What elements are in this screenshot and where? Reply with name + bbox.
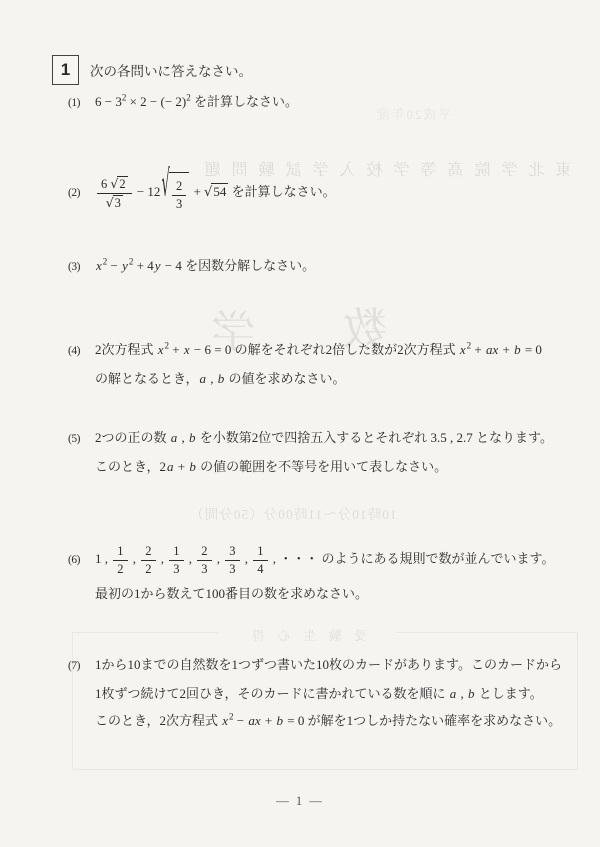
radical-sign-icon: √ [161, 131, 170, 243]
question-text: 1から10までの自然数を1つずつ書いた10枚のカードがあります。このカードから [95, 657, 562, 672]
math-variable: y [121, 258, 129, 273]
question-6: (6)1 , 12 , 22 , 13 , 23 , 33 , 14 , ・・・… [68, 539, 580, 607]
math-text: , [178, 430, 188, 445]
math-text: 2 [201, 544, 207, 558]
math-text: 1 [257, 544, 263, 558]
math-text: 4 [257, 562, 263, 576]
fraction-denominator: 2 [113, 561, 127, 576]
math-text: 1 [117, 544, 123, 558]
math-text: 3 [173, 562, 179, 576]
question-label: (1) [68, 90, 95, 117]
math-text: 1 , [95, 551, 111, 566]
problem-instruction: 次の各問いに答えなさい。 [90, 62, 252, 82]
fraction: 22 [141, 544, 155, 576]
question-label: (5) [68, 426, 95, 453]
question-line: (7)1から10までの自然数を1つずつ書いた10枚のカードがあります。このカード… [68, 651, 580, 680]
radical: √2 [110, 177, 127, 191]
fraction-numerator: 1 [253, 544, 267, 560]
radical-content: 54 [211, 183, 228, 200]
math-text: + 4 [133, 258, 153, 273]
math-text: − [234, 713, 248, 728]
math-text: , [457, 686, 467, 701]
question-line: 1枚ずつ続けて2回ひき，そのカードに書かれている数を順に a , b とします。 [68, 680, 580, 707]
math-text: , [130, 551, 140, 566]
radical-content: 3 [113, 195, 123, 211]
question-line: (6)1 , 12 , 22 , 13 , 23 , 33 , 14 , ・・・… [68, 539, 580, 580]
question-text: 2次方程式 x2 + x − 6 = 0 の解をそれぞれ2倍した数が2次方程式 … [95, 342, 542, 357]
math-text: 2 [145, 562, 151, 576]
math-text: , [242, 551, 252, 566]
question-line: 最初の1から数えて100番目の数を求めなさい。 [68, 580, 580, 607]
question-label: (4) [68, 338, 95, 365]
question-7: (7)1から10までの自然数を1つずつ書いた10枚のカードがあります。このカード… [68, 651, 580, 734]
question-2: (2)6 √2√3 − 12√23 + √54 を計算しなさい。 [68, 172, 580, 214]
question-text: 6 − 32 × 2 − (− 2)2 を計算しなさい。 [95, 94, 298, 109]
problem-number-box: 1 [52, 55, 79, 85]
fraction-numerator: 3 [225, 544, 239, 560]
math-text: とします。 [475, 686, 542, 701]
math-text: + [169, 342, 183, 357]
math-text: の値の範囲を不等号を用いて表しなさい。 [197, 459, 447, 474]
question-4: (4)2次方程式 x2 + x − 6 = 0 の解をそれぞれ2倍した数が2次方… [68, 336, 580, 392]
fraction-numerator: 2 [172, 179, 186, 195]
math-text: = 0 が解を1つしか持たない確率を求めなさい。 [284, 713, 561, 728]
math-text: + [174, 459, 188, 474]
question-label: (2) [68, 173, 95, 213]
math-text: + [499, 342, 513, 357]
question-line: このとき，2a + b の値の範囲を不等号を用いて表しなさい。 [68, 453, 580, 480]
math-text: , ・・・ のようにある規則で数が並んでいます。 [270, 551, 555, 566]
fraction: 12 [113, 544, 127, 576]
question-1: (1)6 − 32 × 2 − (− 2)2 を計算しなさい。 [68, 88, 580, 117]
question-line: (4)2次方程式 x2 + x − 6 = 0 の解をそれぞれ2倍した数が2次方… [68, 336, 580, 365]
math-text: , [186, 551, 196, 566]
fraction-numerator: 1 [169, 544, 183, 560]
question-label: (7) [68, 653, 95, 680]
math-variable: b [275, 713, 284, 728]
math-text: 1枚ずつ続けて2回ひき，そのカードに書かれている数を順に [95, 686, 449, 701]
math-variable: x [221, 713, 229, 728]
question-text: の解となるとき，a , b の値を求めなさい。 [95, 371, 346, 386]
fraction-denominator: 3 [172, 196, 186, 211]
radical-content: 2 [117, 176, 127, 192]
math-text: 1 [173, 544, 179, 558]
math-text: = 0 [522, 342, 542, 357]
fraction-denominator: 4 [253, 561, 267, 576]
math-text: − 6 = 0 の解をそれぞれ2倍した数が2次方程式 [191, 342, 459, 357]
fraction: 33 [225, 544, 239, 576]
radical: √3 [106, 196, 123, 210]
math-text: 2 [117, 562, 123, 576]
radical-content: 23 [169, 172, 189, 214]
math-text: を計算しなさい。 [191, 94, 298, 109]
math-text: 3 [229, 562, 235, 576]
exam-paper-page: 平成20年度 東北学院高等学校入学試験問題 学 数 10時10分～11時00分（… [0, 0, 600, 847]
math-text: を小数第2位で四捨五入するとそれぞれ 3.5 , 2.7 となります。 [197, 430, 553, 445]
fraction-denominator: 2 [141, 561, 155, 576]
math-text: の解となるとき， [95, 371, 198, 386]
math-variable: a [170, 430, 179, 445]
question-line: (3)x2 − y2 + 4y − 4 を因数分解しなさい。 [68, 252, 580, 281]
question-label: (6) [68, 540, 95, 580]
question-text: このとき，2a + b の値の範囲を不等号を用いて表しなさい。 [95, 459, 447, 474]
math-text: の値を求めなさい。 [225, 371, 345, 386]
math-variable: x [95, 258, 103, 273]
math-text: 2 [145, 544, 151, 558]
question-text: 最初の1から数えて100番目の数を求めなさい。 [95, 586, 368, 601]
question-3: (3)x2 − y2 + 4y − 4 を因数分解しなさい。 [68, 252, 580, 281]
math-text: × 2 − (− 2) [126, 94, 186, 109]
math-text: + [190, 184, 204, 199]
fraction-numerator: 2 [141, 544, 155, 560]
question-5: (5)2つの正の数 a , b を小数第2位で四捨五入するとそれぞれ 3.5 ,… [68, 424, 580, 480]
question-text: 1枚ずつ続けて2回ひき，そのカードに書かれている数を順に a , b とします。 [95, 686, 543, 701]
math-variable: x [157, 342, 165, 357]
math-text: , [158, 551, 168, 566]
question-text: x2 − y2 + 4y − 4 を因数分解しなさい。 [95, 258, 315, 273]
math-text: + [471, 342, 485, 357]
math-text: を計算しなさい。 [228, 184, 335, 199]
math-variable: ax [247, 713, 261, 728]
question-line: (1)6 − 32 × 2 − (− 2)2 を計算しなさい。 [68, 88, 580, 117]
math-text: 3 [201, 562, 207, 576]
math-text: 2 [176, 179, 182, 193]
math-text: このとき，2 [95, 459, 166, 474]
math-text: 2つの正の数 [95, 430, 170, 445]
math-text: + [262, 713, 276, 728]
fraction-numerator: 6 √2 [97, 176, 132, 194]
math-variable: a [449, 686, 458, 701]
math-variable: x [183, 342, 191, 357]
math-text: − 12 [134, 184, 161, 199]
math-variable: b [513, 342, 522, 357]
question-text: 1 , 12 , 22 , 13 , 23 , 33 , 14 , ・・・ のよ… [95, 551, 554, 566]
math-text: このとき，2次方程式 [95, 713, 221, 728]
fraction-denominator: √3 [97, 194, 132, 211]
question-line: の解となるとき，a , b の値を求めなさい。 [68, 365, 580, 392]
fraction: 23 [197, 544, 211, 576]
question-line: (2)6 √2√3 − 12√23 + √54 を計算しなさい。 [68, 172, 580, 214]
question-text: 2つの正の数 a , b を小数第2位で四捨五入するとそれぞれ 3.5 , 2.… [95, 430, 553, 445]
math-text: , [214, 551, 224, 566]
fraction-numerator: 1 [113, 544, 127, 560]
fraction-denominator: 3 [169, 561, 183, 576]
radical: √54 [204, 184, 228, 199]
math-variable: b [188, 430, 197, 445]
math-text: − 4 を因数分解しなさい。 [162, 258, 316, 273]
radical-over-fraction: √23 [161, 172, 189, 214]
math-text: 最初の1から数えて100番目の数を求めなさい。 [95, 586, 368, 601]
fraction-denominator: 3 [197, 561, 211, 576]
math-text: 6 [101, 177, 110, 191]
page-number: — 1 — [0, 794, 600, 809]
question-text: 6 √2√3 − 12√23 + √54 を計算しなさい。 [95, 184, 336, 199]
math-variable: b [217, 371, 226, 386]
question-text: このとき，2次方程式 x2 − ax + b = 0 が解を1つしか持たない確率… [95, 713, 561, 728]
math-text: − [107, 258, 121, 273]
math-text: 2次方程式 [95, 342, 157, 357]
math-variable: ax [485, 342, 499, 357]
question-line: (5)2つの正の数 a , b を小数第2位で四捨五入するとそれぞれ 3.5 ,… [68, 424, 580, 453]
math-text: 1から10までの自然数を1つずつ書いた10枚のカードがあります。このカードから [95, 657, 562, 672]
fraction: 13 [169, 544, 183, 576]
math-variable: a [198, 371, 207, 386]
fraction: 6 √2√3 [97, 176, 132, 211]
fraction: 23 [172, 179, 186, 211]
printed-content: 1 次の各問いに答えなさい。 (1)6 − 32 × 2 − (− 2)2 を計… [0, 0, 600, 847]
fraction-numerator: 2 [197, 544, 211, 560]
fraction: 14 [253, 544, 267, 576]
math-variable: y [154, 258, 162, 273]
math-variable: b [188, 459, 197, 474]
math-text: 6 − 3 [95, 94, 122, 109]
fraction-denominator: 3 [225, 561, 239, 576]
question-line: このとき，2次方程式 x2 − ax + b = 0 が解を1つしか持たない確率… [68, 707, 580, 734]
math-text: , [207, 371, 217, 386]
math-text: 3 [176, 197, 182, 211]
question-label: (3) [68, 254, 95, 281]
math-variable: x [459, 342, 467, 357]
math-text: 3 [229, 544, 235, 558]
